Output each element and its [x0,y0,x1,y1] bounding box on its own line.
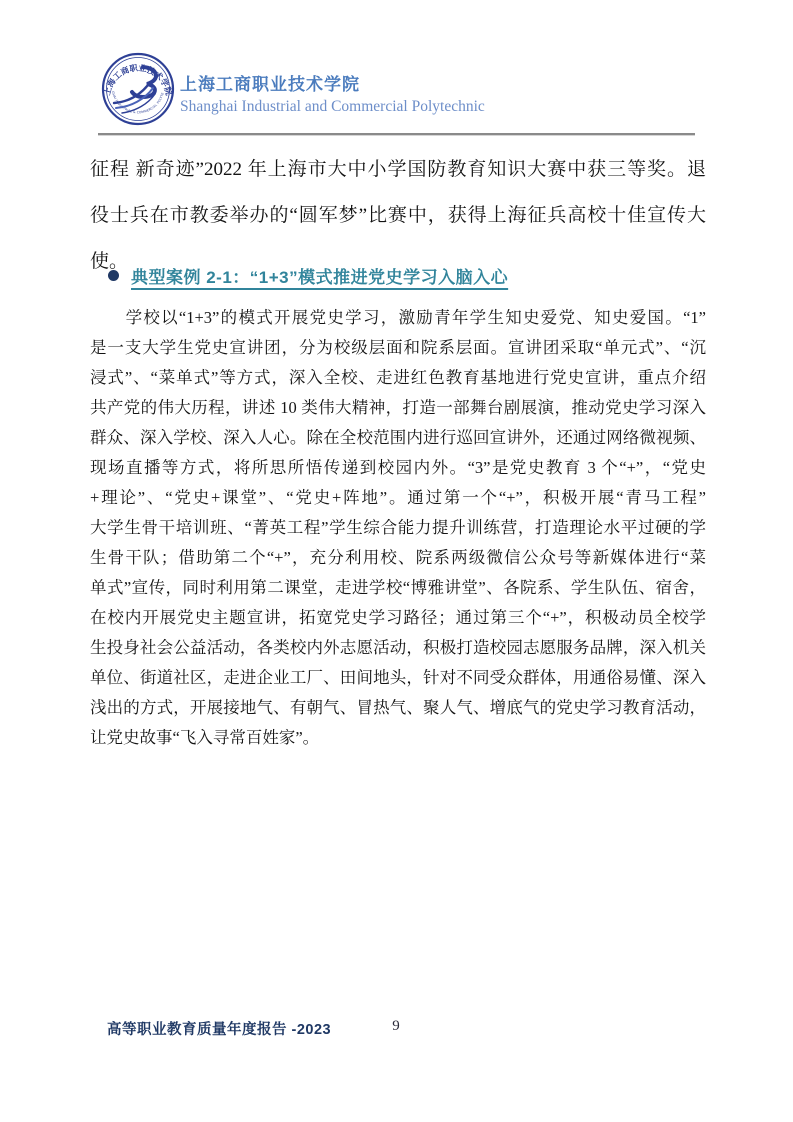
document-page: 上海工商职业技术学院 SHANGHAI INDUSTRIAL & COMMERC… [0,0,793,1122]
header-divider [98,133,695,135]
text-line: 群众、深入学校、深入人心。除在全校范围内进行巡回宣讲外，还通过网络微视频、 [90,423,706,453]
paragraph-case: 学校以“1+3”的模式开展党史学习，激励青年学生知史爱党、知史爱国。“1”是一支… [90,303,706,753]
page-number: 9 [376,1018,416,1035]
header-titles: 上海工商职业技术学院 Shanghai Industrial and Comme… [180,74,485,118]
school-logo-icon: 上海工商职业技术学院 SHANGHAI INDUSTRIAL & COMMERC… [101,52,175,126]
text-line: 大学生骨干培训班、“菁英工程”学生综合能力提升训练营，打造理论水平过硬的学 [90,513,706,543]
text-line: 生投身社会公益活动，各类校内外志愿活动，积极打造校园志愿服务品牌，深入机关 [90,633,706,663]
text-line: 学校以“1+3”的模式开展党史学习，激励青年学生知史爱党、知史爱国。“1” [90,303,706,333]
text-line: 现场直播等方式，将所思所悟传递到校园内外。“3”是党史教育 3 个“+”，“党史 [90,453,706,483]
school-name-zh: 上海工商职业技术学院 [180,74,485,96]
text-line: 征程 新奇迹”2022 年上海市大中小学国防教育知识大赛中获三等奖。退 [90,147,706,193]
text-line: 浸式”、“菜单式”等方式，深入全校、走进红色教育基地进行党史宣讲，重点介绍 [90,363,706,393]
text-line: 在校内开展党史主题宣讲，拓宽党史学习路径；通过第三个“+”，积极动员全校学 [90,603,706,633]
text-line: +理论”、“党史+课堂”、“党史+阵地”。通过第一个“+”，积极开展“青马工程” [90,483,706,513]
footer-report-title: 高等职业教育质量年度报告 -2023 [107,1018,331,1039]
text-line: 浅出的方式，开展接地气、有朝气、冒热气、聚人气、增底气的党史学习教育活动， [90,693,706,723]
case-heading-title: 典型案例 2-1：“1+3”模式推进党史学习入脑入心 [131,263,508,288]
school-name-en: Shanghai Industrial and Commercial Polyt… [180,96,485,118]
text-line: 是一支大学生党史宣讲团，分为校级层面和院系层面。宣讲团采取“单元式”、“沉 [90,333,706,363]
text-line: 单式”宣传，同时利用第二课堂，走进学校“博雅讲堂”、各院系、学生队伍、宿舍， [90,573,706,603]
text-line: 生骨干队；借助第二个“+”，充分利用校、院系两级微信公众号等新媒体进行“菜 [90,543,706,573]
school-logo: 上海工商职业技术学院 SHANGHAI INDUSTRIAL & COMMERC… [101,52,175,126]
text-line: 单位、街道社区，走进企业工厂、田间地头，针对不同受众群体，用通俗易懂、深入 [90,663,706,693]
bullet-icon [108,270,119,281]
text-line: 役士兵在市教委举办的“圆军梦”比赛中，获得上海征兵高校十佳宣传大 [90,193,706,239]
text-line: 让党史故事“飞入寻常百姓家”。 [90,723,706,753]
case-heading: 典型案例 2-1：“1+3”模式推进党史学习入脑入心 [108,263,508,288]
text-line: 共产党的伟大历程，讲述 10 类伟大精神，打造一部舞台剧展演，推动党史学习深入 [90,393,706,423]
